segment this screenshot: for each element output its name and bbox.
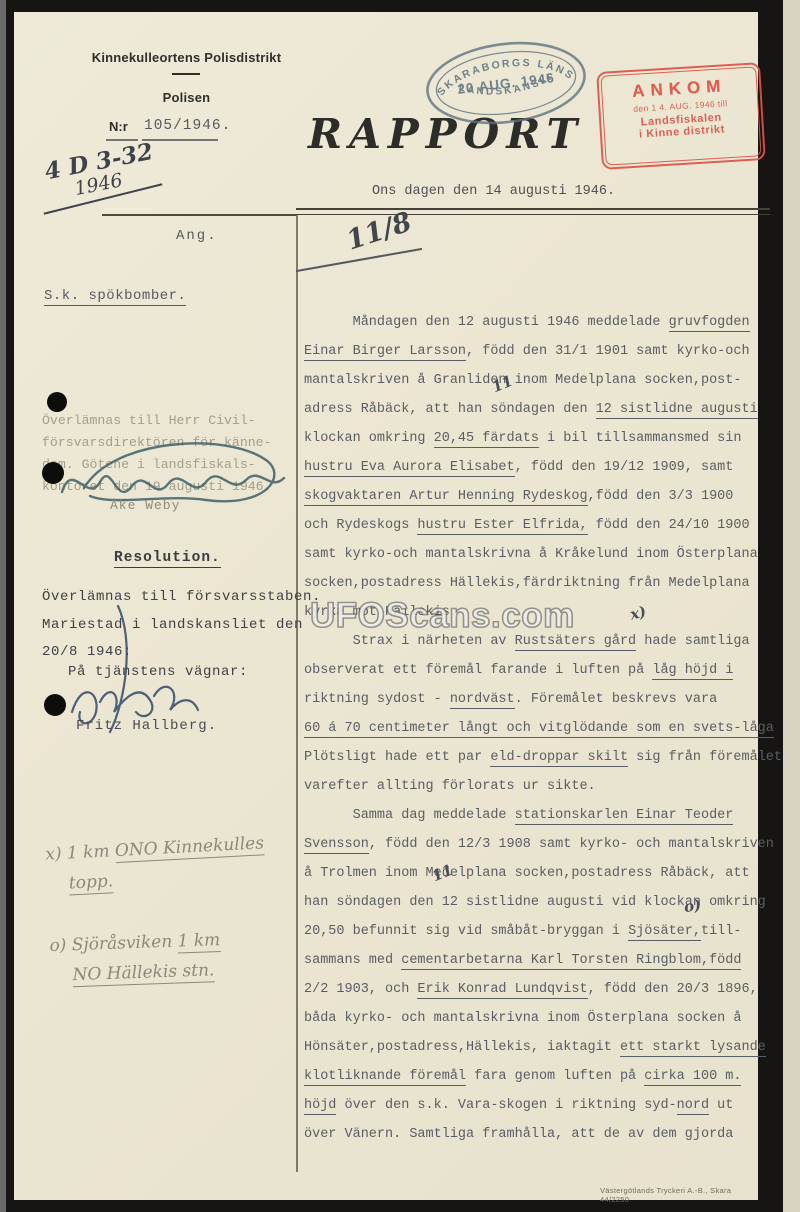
body-line: Hönsäter,postadress,Hällekis, iaktagit e… [304, 1033, 784, 1062]
scan-edge-right [783, 0, 800, 1212]
underlined-text: Rustsäters gård [515, 634, 637, 651]
body-line: båda kyrko- och mantalskrivna inom Öster… [304, 1004, 784, 1033]
office-heading: Polisen [84, 90, 289, 105]
resolution-heading: Resolution. [114, 550, 221, 566]
body-line: observerat ett föremål farande i luften … [304, 656, 784, 685]
number-underline [142, 139, 218, 141]
body-line: 60 á 70 centimeter långt och vitglödande… [304, 714, 784, 743]
underlined-text: 1 km [177, 930, 220, 953]
body-line: 2/2 1903, och Erik Konrad Lundqvist, föd… [304, 975, 784, 1004]
body-line: Samma dag meddelade stationskarlen Einar… [304, 801, 784, 830]
underlined-text: hustru Ester Elfrida, [417, 518, 587, 535]
watermark: UFOScans.com [310, 596, 575, 636]
column-divider [296, 215, 298, 1172]
underlined-text: 20,45 färdats [434, 431, 539, 448]
body-line: klockan omkring 20,45 färdats i bil till… [304, 424, 784, 453]
signature1-typed-name: Åke Weby [110, 498, 180, 513]
hole-punch [47, 392, 67, 412]
body-line: varefter allting förlorats ur sikte. [304, 772, 784, 801]
underlined-text: nordväst [450, 692, 515, 709]
red-arrival-stamp: ANKOM den 1 4. AUG. 1946 till Landsfiska… [596, 62, 766, 170]
underlined-text: hustru Eva Aurora Elisabet [304, 460, 515, 477]
underlined-text: klotliknande föremål [304, 1069, 466, 1086]
hole-punch [44, 694, 66, 716]
underlined-text: Svensson [304, 837, 369, 854]
underlined-text: cirka 100 m. [644, 1069, 741, 1086]
pencil-line: NO Hällekis stn. [72, 955, 222, 990]
body-line: Plötsligt hade ett par eld-droppar skilt… [304, 743, 784, 772]
body-line: Einar Birger Larsson, född den 31/1 1901… [304, 337, 784, 366]
body-line: han söndagen den 12 sistlidne augusti vi… [304, 888, 784, 917]
underlined-text: ett starkt lysande [620, 1040, 766, 1057]
body-line: skogvaktaren Artur Henning Rydeskog,född… [304, 482, 784, 511]
body-line: hustru Eva Aurora Elisabet, född den 19/… [304, 453, 784, 482]
report-body: Måndagen den 12 augusti 1946 meddelade g… [304, 308, 784, 1149]
body-line: klotliknande föremål fara genom luften p… [304, 1062, 784, 1091]
body-line: över Vänern. Samtliga framhålla, att de … [304, 1120, 784, 1149]
report-number-label: N:r [109, 119, 128, 134]
hole-punch [42, 462, 64, 484]
underlined-text: Einar Birger Larsson [304, 344, 466, 361]
underlined-text: Erik Konrad Lundqvist [417, 982, 587, 999]
underlined-text: NO Hällekis stn. [72, 960, 215, 987]
header-rule-left [102, 214, 296, 216]
handwritten-annotation: o) [683, 896, 702, 916]
underlined-text: ONO Kinnekulles [114, 833, 264, 863]
pencil-footnote-1: x) 1 km ONO Kinnekullestopp. [45, 828, 267, 899]
underlined-text: 12 sistlidne augusti [596, 402, 758, 419]
underlined-text: eld-droppar skilt [490, 750, 628, 767]
handwritten-diary-number: 4 D 3-32 1946 [43, 138, 159, 205]
header-rule-double-top [296, 208, 770, 210]
pencil-footnote-2: o) Sjöråsviken 1 kmNO Hällekis stn. [49, 925, 222, 991]
underlined-text: höjd [304, 1098, 336, 1115]
body-line: socken,postadress Hällekis,färdriktning … [304, 569, 784, 598]
heading-divider [172, 73, 200, 75]
body-line: å Trolmen inom Medelplana socken,postadr… [304, 859, 784, 888]
underlined-text: cementarbetarna Karl Torsten Ringblom,fö… [401, 953, 741, 970]
body-line: sammans med cementarbetarna Karl Torsten… [304, 946, 784, 975]
scan-edge-left [0, 0, 6, 1212]
underlined-text: Sjösäter, [628, 924, 701, 941]
subject-line: S.k. spökbomber. [44, 288, 186, 304]
body-line: mantalskriven å Granliden inom Medelplan… [304, 366, 784, 395]
body-line: samt kyrko-och mantalskrivna å Kråkelund… [304, 540, 784, 569]
underlined-text: topp. [68, 871, 113, 895]
body-line: 20,50 befunnit sig vid småbåt-bryggan i … [304, 917, 784, 946]
body-line: och Rydeskogs hustru Ester Elfrida, född… [304, 511, 784, 540]
underlined-text: nord [677, 1098, 709, 1115]
underlined-text: gruvfogden [669, 315, 750, 332]
signature2-typed-name: Fritz Hallberg. [76, 718, 217, 734]
body-line: adress Råbäck, att han söndagen den 12 s… [304, 395, 784, 424]
body-line: Måndagen den 12 augusti 1946 meddelade g… [304, 308, 784, 337]
body-line: Svensson, född den 12/3 1908 samt kyrko-… [304, 830, 784, 859]
subject-label: Ang. [176, 228, 218, 244]
report-number-value: 105/1946. [144, 118, 231, 134]
report-paper: Kinnekulleortens Polisdistrikt Polisen N… [14, 12, 758, 1200]
text-line: Överlämnas till Herr Civil- [42, 410, 272, 432]
underlined-text: stationskarlen Einar Teoder [515, 808, 734, 825]
underlined-text: låg höjd i [652, 663, 733, 680]
header-rule-double-bottom [296, 214, 770, 215]
underlined-text: 60 á 70 centimeter långt och vitglödande… [304, 721, 774, 738]
report-date: Ons dagen den 14 augusti 1946. [372, 184, 615, 199]
scanned-document: Kinnekulleortens Polisdistrikt Polisen N… [0, 0, 800, 1212]
body-line: höjd över den s.k. Vara-skogen i riktnin… [304, 1091, 784, 1120]
police-district-heading: Kinnekulleortens Polisdistrikt [84, 50, 289, 65]
body-line: riktning sydost - nordväst. Föremålet be… [304, 685, 784, 714]
underlined-text: skogvaktaren Artur Henning Rydeskog [304, 489, 588, 506]
printer-imprint: Västergötlands Tryckeri A.-B., Skara 44/… [600, 1186, 758, 1204]
